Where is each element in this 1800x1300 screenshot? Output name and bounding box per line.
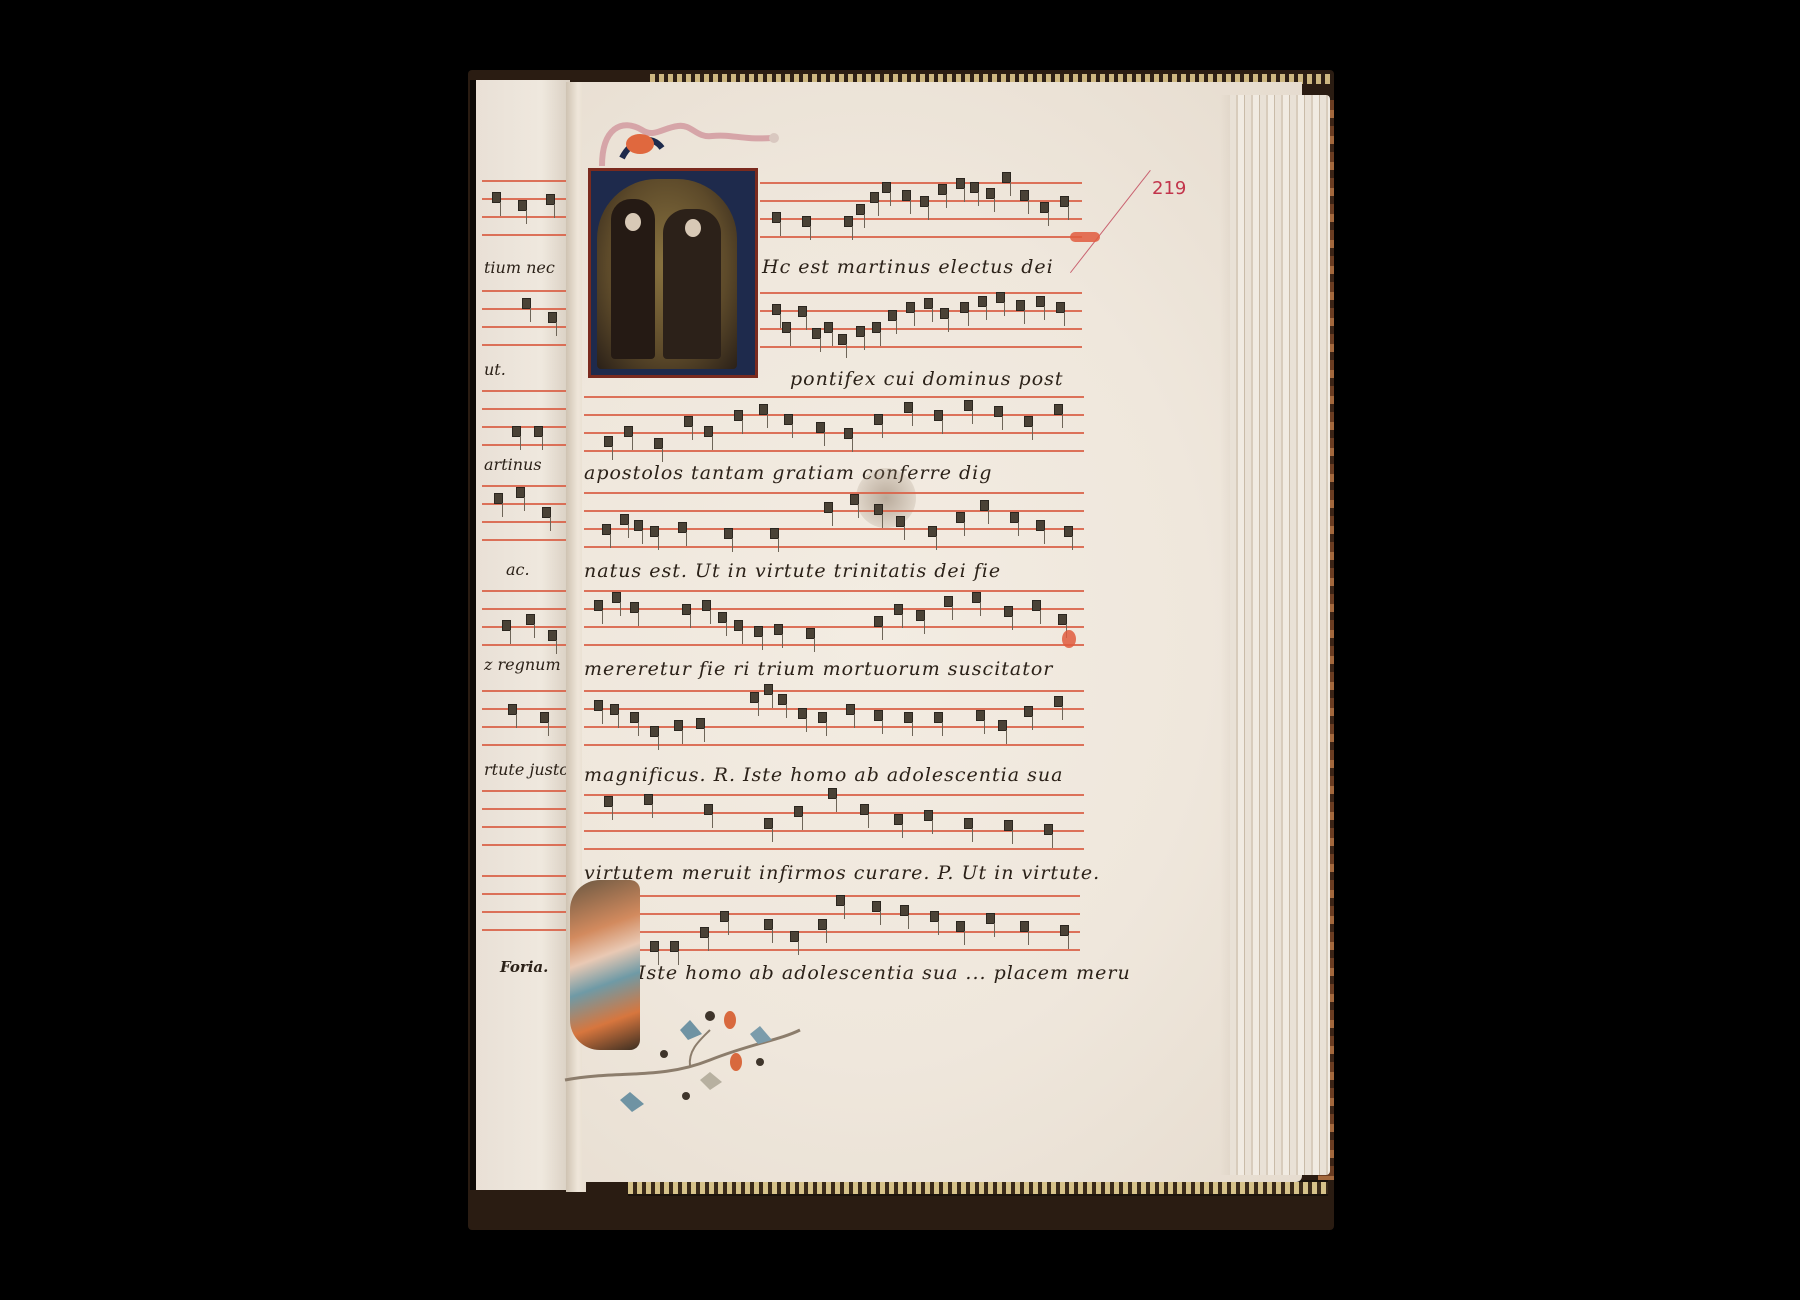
dragon-drollery-icon — [592, 108, 792, 168]
staff-5 — [584, 590, 1084, 650]
folio-number: 219 — [1152, 178, 1186, 199]
staff-8 — [640, 895, 1080, 955]
verso-staff — [482, 590, 568, 650]
staff-7 — [584, 794, 1084, 854]
staff-2 — [760, 292, 1082, 352]
lyric-line-8: Iste homo ab adolescentia sua ... placem… — [638, 962, 1131, 984]
lyric-line-2: pontifex cui dominus post — [790, 368, 1064, 390]
verso-page-fragment: tium nec ut. artinus ac. z regnum rtute … — [470, 80, 570, 1190]
cover-tooled-border-bottom — [628, 1180, 1328, 1196]
verso-lyric: rtute justos — [484, 760, 577, 779]
verso-lyric: ac. — [506, 560, 530, 579]
manuscript-photo: tium nec ut. artinus ac. z regnum rtute … — [0, 0, 1800, 1300]
verso-staff — [482, 790, 568, 850]
staff-3 — [584, 396, 1084, 456]
lyric-line-5: mereretur fie ri trium mortuorum suscita… — [584, 658, 1053, 680]
verso-staff — [482, 690, 568, 750]
red-ink-blot — [1062, 630, 1076, 648]
verso-staff — [482, 485, 568, 545]
bishop-figure — [611, 199, 655, 359]
lyric-line-4: natus est. Ut in virtute trinitatis dei … — [584, 560, 1001, 582]
lyric-line-1: Hc est martinus electus dei — [762, 256, 1054, 278]
monk-figure — [663, 209, 721, 359]
page-block-edges — [1230, 95, 1330, 1175]
lyric-line-3: apostolos tantam gratiam conferre dig — [584, 462, 992, 484]
lyric-line-7: virtutem meruit infirmos curare. P. Ut i… — [584, 862, 1100, 884]
initial-miniature — [597, 179, 737, 369]
red-ink-blot — [1070, 232, 1100, 242]
historiated-initial — [588, 168, 758, 378]
verso-staff — [482, 290, 568, 350]
lyric-line-6: magnificus. R. Iste homo ab adolescentia… — [584, 764, 1063, 786]
verso-lyric: artinus — [484, 455, 542, 474]
staff-6 — [584, 690, 1084, 750]
verso-lyric: ut. — [484, 360, 506, 379]
foliate-vine-icon — [560, 1000, 820, 1120]
verso-rubric: Foria. — [500, 958, 548, 976]
staff-4 — [584, 492, 1084, 552]
verso-lyric: tium nec — [484, 258, 555, 277]
verso-lyric: z regnum — [484, 655, 561, 674]
verso-staff — [482, 390, 568, 450]
verso-staff — [482, 180, 568, 240]
verso-staff — [482, 875, 568, 935]
staff-1 — [760, 182, 1082, 242]
lyric-text: magnificus. R. Iste homo ab adolescentia… — [584, 764, 1063, 786]
